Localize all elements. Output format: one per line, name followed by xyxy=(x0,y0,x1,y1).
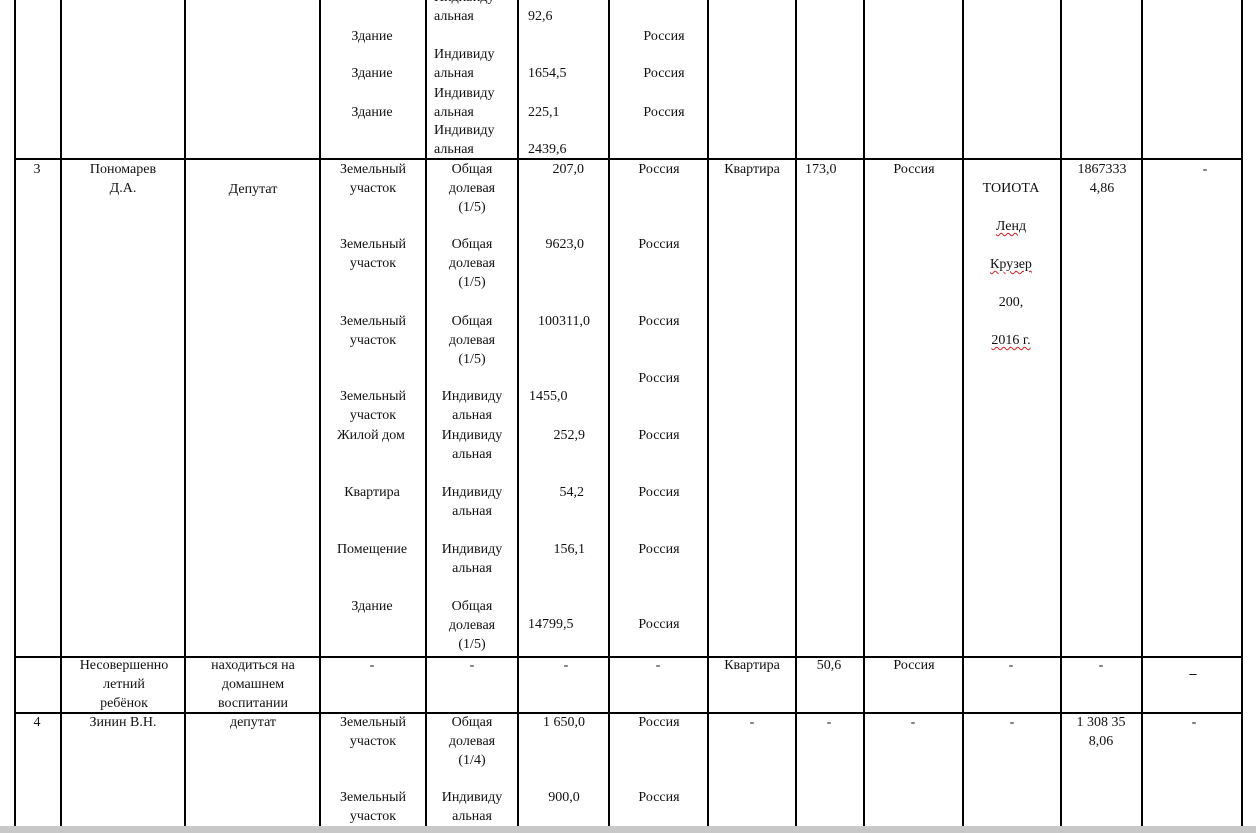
used-object-type: Квартира xyxy=(724,656,780,675)
object-type-cell: - xyxy=(370,656,375,675)
person-position: находиться на домашнем воспитании xyxy=(211,656,295,713)
area-cell: 156,1 xyxy=(554,540,586,559)
row-number: 3 xyxy=(34,160,41,179)
area-cell: 14799,5 xyxy=(528,615,574,634)
source-cell: _ xyxy=(1190,660,1197,679)
object-type-cell: Земельный участок xyxy=(340,312,406,350)
country-cell: Россия xyxy=(638,540,679,559)
ownership-cell: Индивиду альная xyxy=(442,426,502,464)
person-position: Депутат xyxy=(229,180,278,199)
area-cell: 92,6 xyxy=(528,7,553,26)
country-cell: Россия xyxy=(638,788,679,807)
used-object-country: - xyxy=(911,713,916,732)
person-position: депутат xyxy=(230,713,276,732)
column-divider xyxy=(795,0,797,826)
person-name: Пономарев Д.А. xyxy=(90,160,156,198)
column-divider xyxy=(608,0,610,826)
country-cell: Россия xyxy=(638,615,679,634)
ownership-cell: Индивиду альная xyxy=(442,387,502,425)
country-cell: Россия xyxy=(638,713,679,732)
ownership-cell: Общая долевая (1/5) xyxy=(449,235,495,292)
used-object-area: 173,0 xyxy=(805,160,837,179)
area-cell: 900,0 xyxy=(548,788,580,807)
ownership-cell: Индивиду альная xyxy=(434,45,494,83)
column-divider xyxy=(184,0,186,826)
ownership-cell: Общая долевая (1/5) xyxy=(449,160,495,217)
object-type-cell: Здание xyxy=(351,103,392,122)
area-cell: 1455,0 xyxy=(529,387,568,406)
area-cell: - xyxy=(564,656,569,675)
used-object-country: Россия xyxy=(893,160,934,179)
row-divider xyxy=(14,712,1243,714)
person-name: Зинин В.Н. xyxy=(90,713,157,732)
vehicle-brand: ТОИОТА xyxy=(983,179,1040,198)
object-type-cell: Земельный участок xyxy=(340,387,406,425)
column-divider xyxy=(707,0,709,826)
column-divider xyxy=(319,0,321,826)
used-object-area: - xyxy=(827,713,832,732)
ownership-cell: Общая долевая (1/4) xyxy=(449,713,495,770)
country-cell: Россия xyxy=(638,426,679,445)
country-cell: - xyxy=(656,656,661,675)
vehicle-year: 2016 г. xyxy=(983,331,1040,350)
ownership-cell: Индивиду альная xyxy=(442,540,502,578)
country-cell: Россия xyxy=(638,235,679,254)
object-type-cell: Здание xyxy=(351,27,392,46)
area-cell: 2439,6 xyxy=(528,140,567,159)
row-number: 4 xyxy=(34,713,41,732)
area-cell: 9623,0 xyxy=(546,235,585,254)
area-cell: 54,2 xyxy=(560,483,585,502)
used-object-type: - xyxy=(750,713,755,732)
area-cell: 225,1 xyxy=(528,103,560,122)
source-cell: - xyxy=(1192,713,1197,732)
column-divider xyxy=(1141,0,1143,826)
vehicle-cell: - xyxy=(1010,713,1015,732)
area-cell: 207,0 xyxy=(553,160,585,179)
vehicle-model: Крузер xyxy=(983,255,1040,274)
income-cell: 1867333 4,86 xyxy=(1078,160,1127,198)
object-type-cell: Квартира xyxy=(344,483,400,502)
country-cell: Россия xyxy=(638,483,679,502)
area-cell: 1654,5 xyxy=(528,64,567,83)
object-type-cell: Здание xyxy=(351,64,392,83)
object-type-cell: Земельный участок xyxy=(340,160,406,198)
object-type-cell: Помещение xyxy=(337,540,407,559)
income-cell: - xyxy=(1099,656,1104,675)
country-cell: Россия xyxy=(643,64,684,83)
income-cell: 1 308 35 8,06 xyxy=(1077,713,1126,751)
ownership-cell: Индивиду альная xyxy=(434,121,494,159)
vehicle-model-number: 200, xyxy=(983,293,1040,312)
object-type-cell: Земельный участок xyxy=(340,235,406,273)
vehicle-model: Ленд xyxy=(983,217,1040,236)
country-cell: Россия xyxy=(638,160,679,179)
ownership-cell: Общая долевая (1/5) xyxy=(449,597,495,654)
ownership-cell: Индивиду альная xyxy=(442,483,502,521)
table-border-right xyxy=(1241,0,1243,826)
area-cell: 1 650,0 xyxy=(543,713,585,732)
column-divider xyxy=(863,0,865,826)
ownership-cell: Общая долевая (1/5) xyxy=(449,312,495,369)
used-object-type: Квартира xyxy=(724,160,780,179)
column-divider xyxy=(60,0,62,826)
window-bottom-bar xyxy=(0,826,1256,833)
vehicle-cell: - xyxy=(1009,656,1014,675)
object-type-cell: Здание xyxy=(351,597,392,616)
ownership-cell: - xyxy=(470,656,475,675)
ownership-cell: Индивиду альная xyxy=(442,788,502,826)
object-type-cell: Жилой дом xyxy=(337,426,405,445)
column-divider xyxy=(962,0,964,826)
table-border-left xyxy=(14,0,16,826)
area-cell: 252,9 xyxy=(554,426,586,445)
country-cell: Россия xyxy=(643,103,684,122)
country-cell: Россия xyxy=(638,369,679,388)
row-divider xyxy=(14,158,1243,160)
used-object-area: 50,6 xyxy=(817,656,842,675)
column-divider xyxy=(1060,0,1062,826)
person-name: Несовершенно летний ребёнок xyxy=(80,656,169,713)
used-object-country: Россия xyxy=(893,656,934,675)
document-page: Индивиду альная 92,6 Здание Россия Здани… xyxy=(0,0,1256,833)
source-cell: - xyxy=(1203,160,1208,179)
country-cell: Россия xyxy=(638,312,679,331)
column-divider xyxy=(517,0,519,826)
row-divider xyxy=(14,656,1243,658)
vehicle-cell: ТОИОТА Ленд Крузер 200, 2016 г. xyxy=(983,160,1040,369)
area-cell: 100311,0 xyxy=(538,312,590,331)
ownership-cell: Индивиду альная xyxy=(434,0,494,26)
column-divider xyxy=(425,0,427,826)
object-type-cell: Земельный участок xyxy=(340,713,406,751)
object-type-cell: Земельный участок xyxy=(340,788,406,826)
country-cell: Россия xyxy=(643,27,684,46)
ownership-cell: Индивиду альная xyxy=(434,84,494,122)
